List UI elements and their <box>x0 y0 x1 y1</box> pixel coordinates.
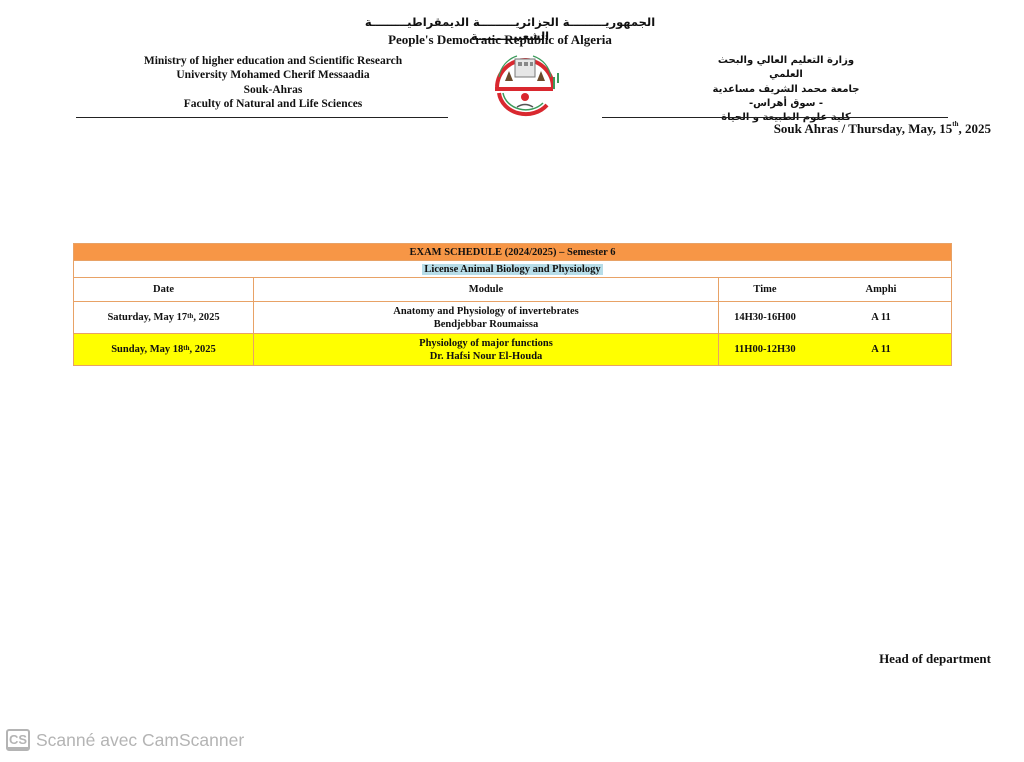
exam-schedule-table: EXAM SCHEDULE (2024/2025) – Semester 6 L… <box>73 243 952 366</box>
module-teacher: Bendjebbar Roumaissa <box>254 318 718 331</box>
camscanner-logo-icon: CS <box>6 729 30 751</box>
exam-time: 11H00-12H30 <box>719 343 811 356</box>
schedule-subtitle-row: License Animal Biology and Physiology <box>74 261 952 278</box>
watermark-text: Scanné avec CamScanner <box>36 730 244 751</box>
dateline-text: Souk Ahras / Thursday, May, 15 <box>774 121 953 136</box>
module-teacher: Dr. Hafsi Nour El-Houda <box>254 350 718 363</box>
header-divider-right <box>602 117 948 118</box>
faculty-line: Faculty of Natural and Life Sciences <box>118 97 428 111</box>
module-name: Physiology of major functions <box>254 337 718 350</box>
schedule-title-row: EXAM SCHEDULE (2024/2025) – Semester 6 <box>74 244 952 261</box>
column-header-time: Time <box>719 284 811 295</box>
ministry-line: Ministry of higher education and Scienti… <box>118 54 428 68</box>
header-divider-left <box>76 117 448 118</box>
ministry-line-ar: وزارة التعليم العالي والبحث العلمي <box>700 54 872 83</box>
republic-name-english: People's Democratic Republic of Algeria <box>340 32 660 48</box>
exam-date: Saturday, May 17th, 2025 <box>74 302 254 334</box>
university-line: University Mohamed Cherif Messaadia <box>118 68 428 82</box>
table-row: Sunday, May 18th, 2025 Physiology of maj… <box>74 334 952 366</box>
university-logo-icon <box>487 47 563 119</box>
exam-date: Sunday, May 18th, 2025 <box>74 334 254 366</box>
column-header-date: Date <box>74 278 254 302</box>
exam-module: Anatomy and Physiology of invertebrates … <box>254 302 719 334</box>
exam-amphi: A 11 <box>811 343 951 356</box>
institution-block-arabic: وزارة التعليم العالي والبحث العلمي جامعة… <box>700 54 872 125</box>
city-line-ar: - سوق أهراس- <box>700 97 872 111</box>
schedule-title: EXAM SCHEDULE (2024/2025) – Semester 6 <box>74 244 952 261</box>
table-header-row: Date Module Time Amphi <box>74 278 952 302</box>
city-line: Souk-Ahras <box>118 83 428 97</box>
exam-time: 14H30-16H00 <box>719 311 811 324</box>
column-header-amphi: Amphi <box>811 284 951 295</box>
exam-amphi: A 11 <box>811 311 951 324</box>
table-row: Saturday, May 17th, 2025 Anatomy and Phy… <box>74 302 952 334</box>
document-dateline: Souk Ahras / Thursday, May, 15th, 2025 <box>774 121 991 137</box>
schedule-subtitle: License Animal Biology and Physiology <box>422 264 602 275</box>
signature-label: Head of department <box>879 651 991 667</box>
university-line-ar: جامعة محمد الشريف مساعدية <box>700 83 872 97</box>
dateline-year: , 2025 <box>959 121 992 136</box>
column-header-module: Module <box>254 278 719 302</box>
institution-block-english: Ministry of higher education and Scienti… <box>118 54 428 111</box>
exam-module: Physiology of major functions Dr. Hafsi … <box>254 334 719 366</box>
module-name: Anatomy and Physiology of invertebrates <box>254 305 718 318</box>
camscanner-watermark: CS Scanné avec CamScanner <box>6 729 244 751</box>
dateline-ordinal: th <box>952 120 958 128</box>
